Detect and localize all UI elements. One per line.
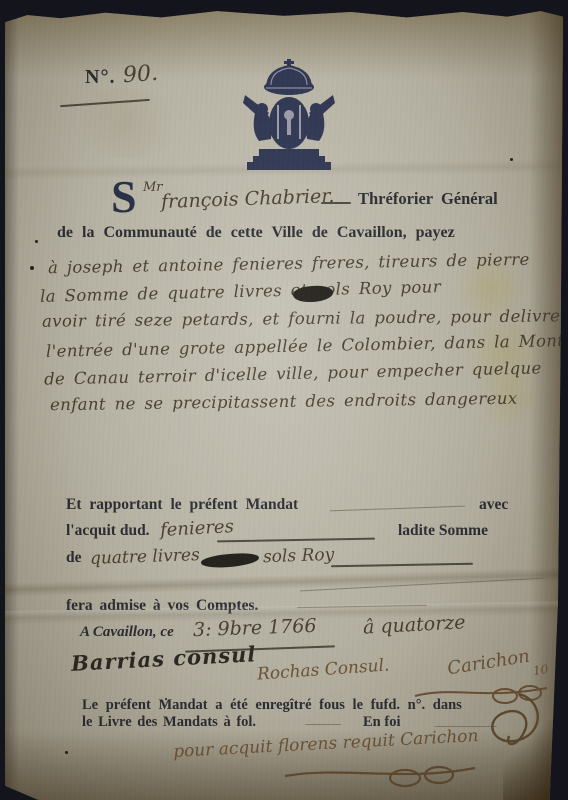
amount-written-hand: â quatorze <box>362 611 466 638</box>
registration-line1: Le préfent Mandat a été enregîtré fous l… <box>82 697 462 714</box>
amount-hand-pre: quatre livres <box>90 545 200 569</box>
salutation-superscript: Mr <box>143 180 163 195</box>
admise-line: fera admise à vos Comptes. <box>66 597 258 615</box>
ink-speck <box>510 158 513 161</box>
ink-scribble <box>201 552 260 569</box>
registration-line2-left: le Livre des Mandats à fol. <box>82 714 256 731</box>
body-line: enfant ne se precipitassent des endroits… <box>50 389 518 415</box>
addressee-name: françois Chabrier. <box>161 185 335 213</box>
signature-treasurer-suffix: 10 <box>532 662 549 678</box>
document-paper: N°. 90. <box>5 8 563 800</box>
ink-speck <box>30 266 34 270</box>
mandat-row3-left: de <box>66 549 82 567</box>
stray-line <box>300 578 545 592</box>
body-line: avoir tiré seze petards, et fourni la po… <box>42 306 568 331</box>
ornate-loop-icon <box>475 690 551 756</box>
royal-crest-icon <box>233 57 345 173</box>
fill-in-rule <box>217 538 375 543</box>
place-date-label: A Cavaillon, ce <box>80 624 174 641</box>
paraph-flourish-icon <box>283 756 479 792</box>
body-line: à joseph et antoine fenieres freres, tir… <box>48 250 530 277</box>
document-number-value: 90. <box>122 61 159 88</box>
body-line: l'entrée d'une grote appellée le Colombi… <box>46 330 568 361</box>
body-line: la Somme de quatre livres et sols Roy po… <box>40 277 441 306</box>
fill-in-rule <box>330 506 465 512</box>
photo-of-historical-document: N°. 90. <box>0 0 568 800</box>
treasurer-title: Thréforier Général <box>358 189 498 209</box>
fill-in-rule <box>305 724 341 725</box>
ink-speck <box>65 751 68 754</box>
paper-left-shadow <box>5 8 19 800</box>
mandat-row2-left: l'acquit dud. <box>66 522 150 540</box>
ink-speck <box>35 240 38 243</box>
stain <box>65 88 185 158</box>
fill-in-rule <box>297 605 427 608</box>
mandat-row1-right: avec <box>479 496 508 514</box>
signature-consul-1: Barrias consul <box>70 641 256 676</box>
drop-cap-initial: S <box>111 174 137 220</box>
mandat-row1-left: Et rapportant le préfent Mandat <box>66 496 298 514</box>
payer-line: de la Communauté de cette Ville de Cavai… <box>57 224 455 242</box>
payee-name-hand: fenieres <box>160 516 235 541</box>
signature-treasurer: Carichon <box>446 646 531 680</box>
date-hand: 3: 9bre 1766 <box>193 615 317 641</box>
document-number-label: N°. <box>85 66 115 89</box>
fill-in-rule <box>331 563 473 567</box>
mandat-row2-right: ladite Somme <box>398 522 488 540</box>
body-line: de Canau terroir d'icelle ville, pour em… <box>44 358 542 388</box>
registration-line2-right: En foi <box>363 714 400 731</box>
number-underline <box>60 99 150 107</box>
amount-hand-post: sols Roy <box>263 545 335 567</box>
signature-consul-2: Rochas Consul. <box>256 655 390 684</box>
